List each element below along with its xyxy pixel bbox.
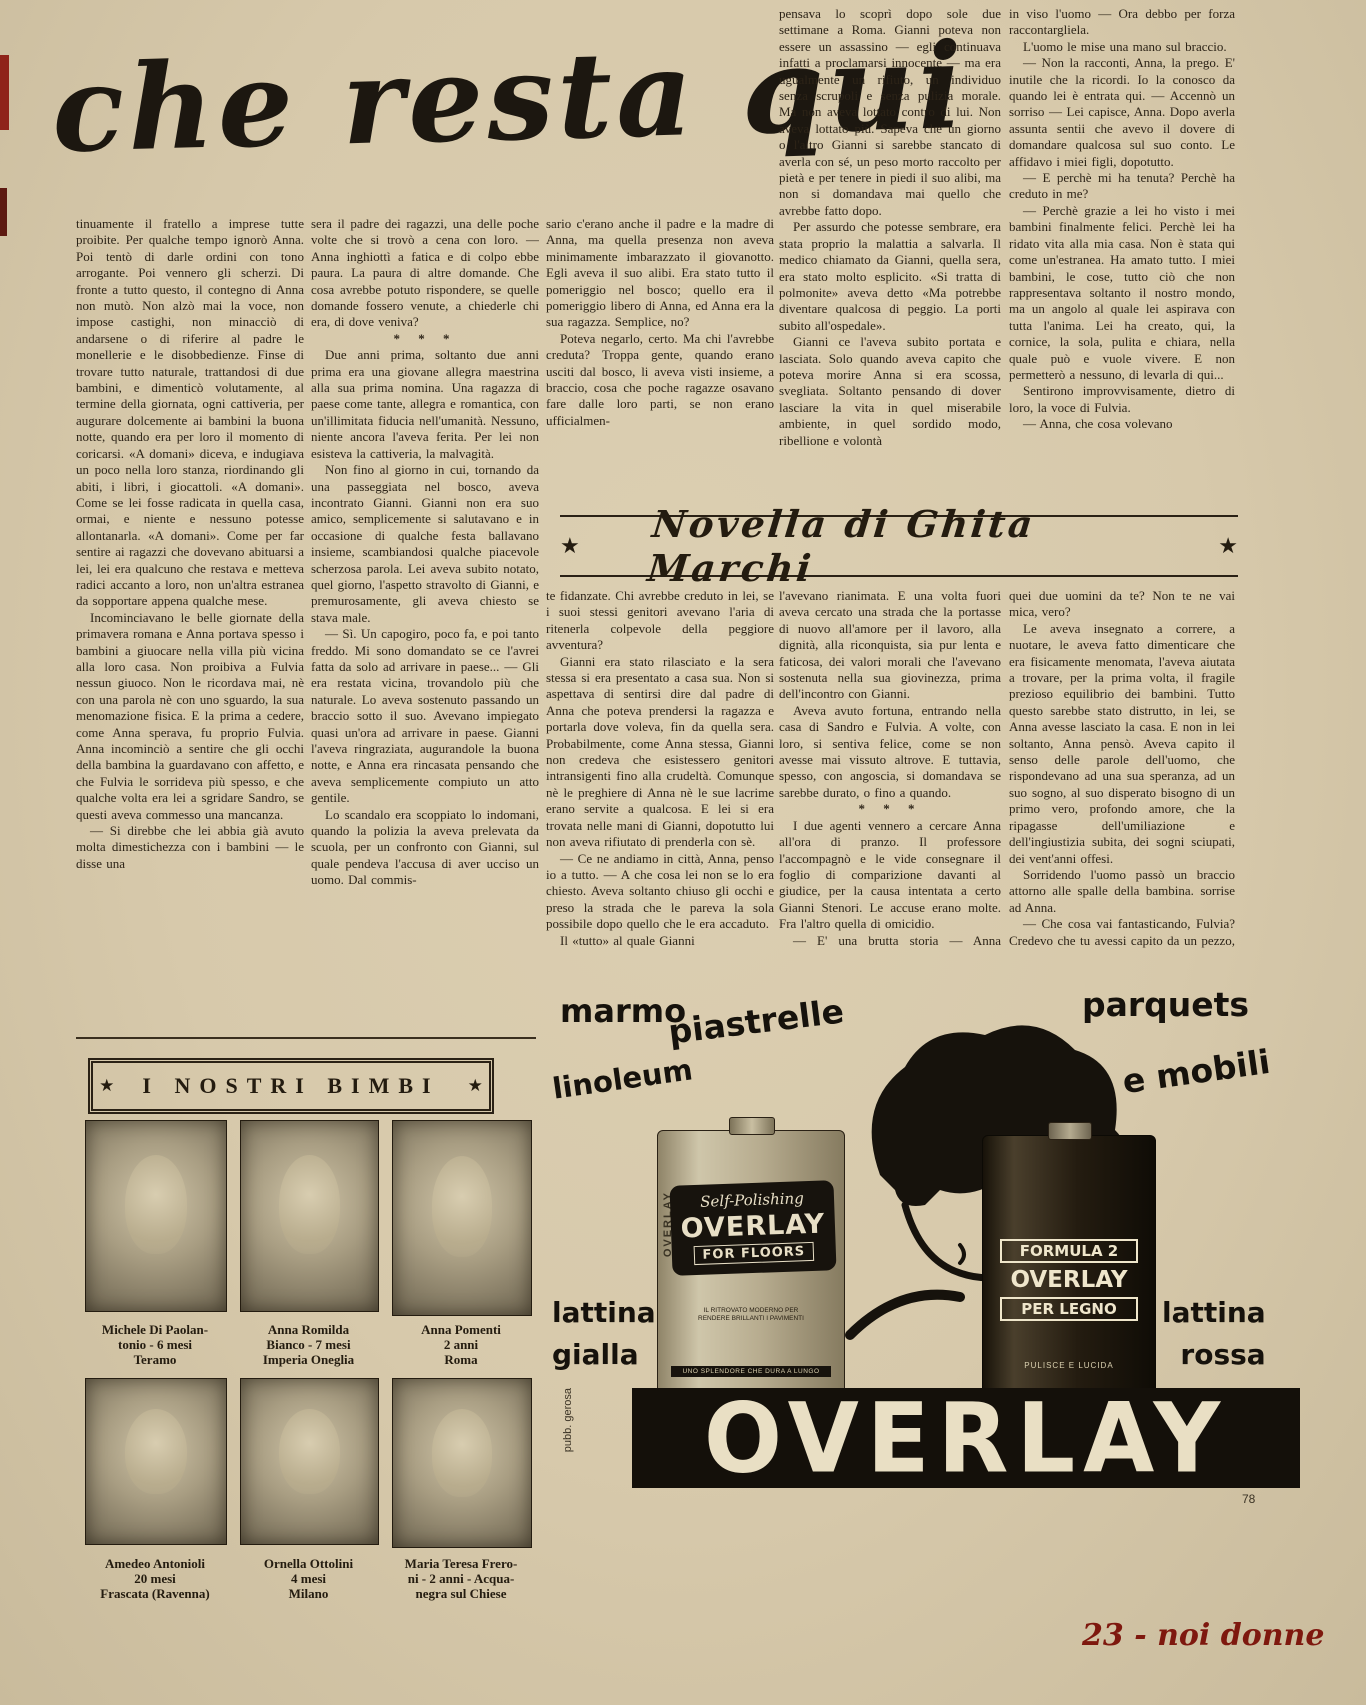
story-column-2: sera il padre dei ragazzi, una delle poc…	[311, 216, 539, 950]
story-paragraph: — E' una brutta storia — Anna mormorò se…	[779, 933, 1001, 948]
can-brand: OVERLAY	[1000, 1267, 1138, 1293]
can-cap	[729, 1117, 776, 1135]
can-floors: FOR FLOORS	[693, 1242, 814, 1265]
story-paragraph: sario c'erano anche il padre e la madre …	[546, 216, 774, 331]
story-paragraph: Due anni prima, soltanto due anni prima …	[311, 347, 539, 462]
story-paragraph: I due agenti vennero a cercare Anna all'…	[779, 818, 1001, 933]
baby-face	[125, 1409, 187, 1495]
story-paragraph: Sorridendo l'uomo passò un braccio attor…	[1009, 867, 1235, 916]
overlay-floor-can: OVERLAY Self-Polishing OVERLAY FOR FLOOR…	[657, 1130, 845, 1400]
page-footer: 23 - noi donne	[1082, 1618, 1324, 1653]
overlay-logo-bar: OVERLAY	[632, 1388, 1300, 1488]
overlay-wood-can: FORMULA 2 OVERLAY PER LEGNO PULISCE E LU…	[982, 1135, 1156, 1397]
story-column-4-bottom: l'avevano rianimata. E una volta fuori a…	[779, 588, 1001, 948]
can-cap	[1048, 1122, 1091, 1140]
story-column-5-bottom: quei due uomini da te? Non te ne vai mic…	[1009, 588, 1235, 948]
baby-photo	[240, 1120, 379, 1312]
story-paragraph: Non fino al giorno in cui, tornando da u…	[311, 462, 539, 626]
ad-caption-right: lattina rossa	[1162, 1292, 1266, 1376]
story-paragraph: — Ce ne andiamo in città, Anna, penso io…	[546, 851, 774, 933]
story-paragraph: Sentirono improvvisamente, dietro di lor…	[1009, 383, 1235, 416]
photo-caption: Anna Romilda Bianco - 7 mesi Imperia One…	[235, 1322, 382, 1367]
baby-photo	[85, 1120, 227, 1312]
photo-caption: Michele Di Paolan- tonio - 6 mesi Teramo	[80, 1322, 230, 1367]
story-paragraph: Per assurdo che potesse sembrare, era st…	[779, 219, 1001, 334]
baby-photo	[392, 1120, 532, 1316]
star-icon: ★	[560, 533, 580, 559]
photo-caption: Maria Teresa Frero- ni - 2 anni - Acqua-…	[387, 1556, 535, 1601]
baby-photo	[240, 1378, 379, 1545]
story-column-5-top: in viso l'uomo — Ora debbo per forza rac…	[1009, 6, 1235, 508]
baby-photo	[85, 1378, 227, 1545]
baby-face	[432, 1409, 493, 1496]
story-paragraph: Gianni ce l'aveva subito portata e lasci…	[779, 334, 1001, 449]
story-paragraph: Aveva avuto fortuna, entrando nella casa…	[779, 703, 1001, 801]
star-icon: ★	[99, 1076, 114, 1096]
can-small-text: IL RITROVATO MODERNO PER RENDERE BRILLAN…	[673, 1307, 829, 1323]
story-column-1: tinuamente il fratello a imprese tutte p…	[76, 216, 304, 950]
star-icon: ★	[468, 1076, 483, 1096]
can-brand: OVERLAY	[672, 1208, 833, 1245]
bimbi-header: I NOSTRI BIMBI	[142, 1073, 439, 1099]
novella-banner: ★ Novella di Ghita Marchi ★	[560, 515, 1238, 577]
baby-photo	[392, 1378, 532, 1548]
story-paragraph: L'uomo le mise una mano sul braccio.	[1009, 39, 1235, 55]
ad-label-linoleum: linoleum	[550, 1052, 694, 1105]
baby-face	[279, 1409, 339, 1495]
ad-credit: pubb. gerosa	[562, 1388, 574, 1452]
story-paragraph: sera il padre dei ragazzi, una delle poc…	[311, 216, 539, 331]
photo-caption: Ornella Ottolini 4 mesi Milano	[235, 1556, 382, 1601]
story-paragraph: — Perchè grazie a lei ho visto i mei bam…	[1009, 203, 1235, 383]
story-paragraph: — E perchè mi ha tenuta? Perchè ha credu…	[1009, 170, 1235, 203]
story-paragraph: Lo scandalo era scoppiato lo indomani, q…	[311, 807, 539, 889]
ad-page-number: 78	[1242, 1492, 1255, 1506]
can-perlegno: PER LEGNO	[1000, 1297, 1138, 1321]
ad-caption-left: lattina gialla	[552, 1292, 656, 1376]
star-icon: ★	[1218, 533, 1238, 559]
section-break-stars: * * *	[311, 331, 539, 347]
baby-face	[279, 1155, 339, 1254]
can-label: Self-Polishing OVERLAY FOR FLOORS	[669, 1180, 836, 1276]
story-paragraph: Poteva negarlo, certo. Ma chi l'avrebbe …	[546, 331, 774, 429]
story-paragraph: — Che cosa vai fantasticando, Fulvia? Cr…	[1009, 916, 1235, 948]
divider-rule	[76, 1037, 536, 1039]
section-break-stars: * * *	[779, 801, 1001, 817]
story-paragraph: tinuamente il fratello a imprese tutte p…	[76, 216, 304, 610]
baby-face	[125, 1155, 187, 1254]
bimbi-header-ribbon: ★ I NOSTRI BIMBI ★	[88, 1058, 494, 1114]
photo-caption: Amedeo Antonioli 20 mesi Frascata (Raven…	[80, 1556, 230, 1601]
can-bottom-text: PULISCE E LUCIDA	[997, 1361, 1141, 1370]
story-column-3-top: sario c'erano anche il padre e la madre …	[546, 216, 774, 508]
story-column-3-bottom: te fidanzate. Chi avrebbe creduto in lei…	[546, 588, 774, 948]
novella-byline: Novella di Ghita Marchi	[645, 502, 1153, 590]
story-paragraph: — Anna, che cosa volevano	[1009, 416, 1235, 432]
overlay-logo: OVERLAY	[704, 1382, 1228, 1494]
spine-mark	[0, 188, 7, 236]
story-column-4-top: pensava lo scoprì dopo sole due settiman…	[779, 6, 1001, 508]
spine-mark	[0, 55, 9, 130]
story-paragraph: Le aveva insegnato a correre, a nuotare,…	[1009, 621, 1235, 867]
story-paragraph: l'avevano rianimata. E una volta fuori a…	[779, 588, 1001, 703]
story-paragraph: Il «tutto» al quale Gianni	[546, 933, 774, 948]
story-paragraph: — Non la racconti, Anna, la prego. E' in…	[1009, 55, 1235, 170]
story-paragraph: — Si direbbe che lei abbia già avuto mol…	[76, 823, 304, 872]
can-label: FORMULA 2 OVERLAY PER LEGNO	[1000, 1236, 1138, 1324]
story-paragraph: Gianni era stato rilasciato e la sera st…	[546, 654, 774, 851]
story-paragraph: — Sì. Un capogiro, poco fa, e poi tanto …	[311, 626, 539, 806]
photo-caption: Anna Pomenti 2 anni Roma	[387, 1322, 535, 1367]
story-paragraph: pensava lo scoprì dopo sole due settiman…	[779, 6, 1001, 219]
can-band-text: UNO SPLENDORE CHE DURA A LUNGO	[671, 1366, 831, 1377]
can-formula: FORMULA 2	[1000, 1239, 1138, 1263]
story-paragraph: in viso l'uomo — Ora debbo per forza rac…	[1009, 6, 1235, 39]
story-paragraph: te fidanzate. Chi avrebbe creduto in lei…	[546, 588, 774, 654]
story-paragraph: quei due uomini da te? Non te ne vai mic…	[1009, 588, 1235, 621]
story-paragraph: Incominciavano le belle giornate della p…	[76, 610, 304, 823]
baby-face	[432, 1156, 493, 1257]
